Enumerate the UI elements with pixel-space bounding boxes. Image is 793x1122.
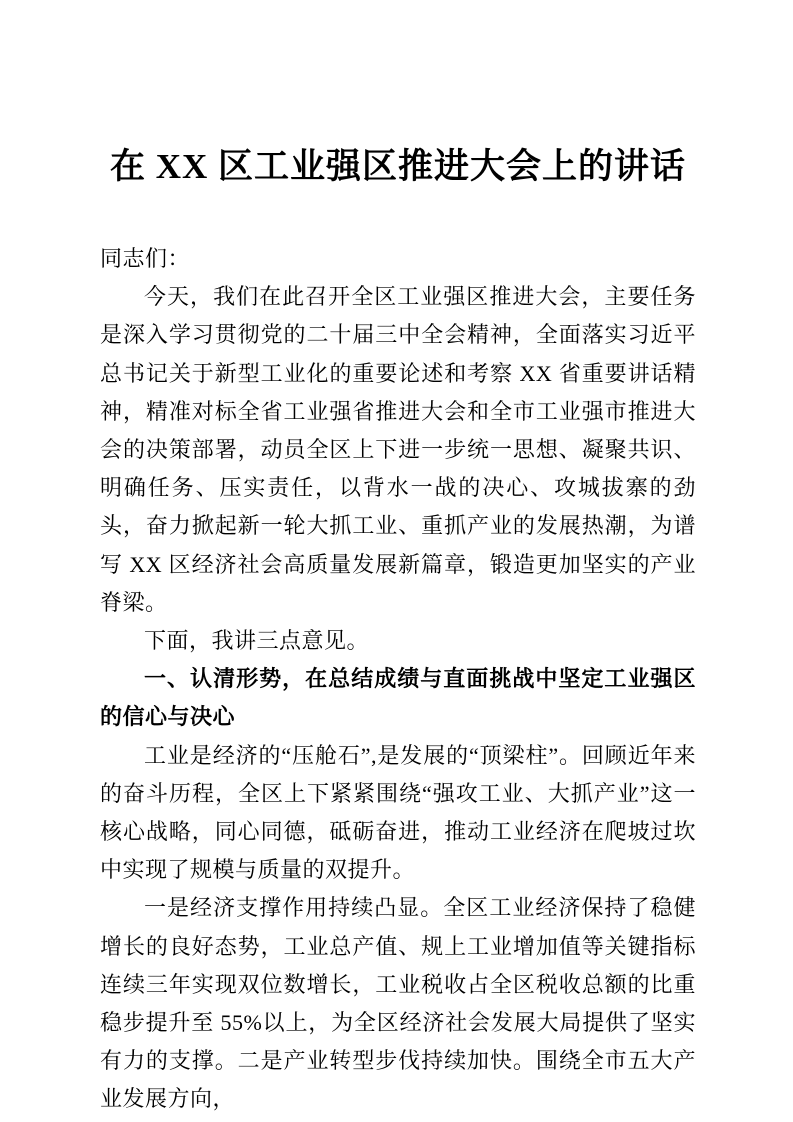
document-content: 在 XX 区工业强区推进大会上的讲话 同志们： 今天，我们在此召开全区工业强区推…	[100, 0, 696, 1119]
document-title: 在 XX 区工业强区推进大会上的讲话	[100, 0, 696, 192]
paragraph-achievements: 一是经济支撑作用持续凸显。全区工业经济保持了稳健增长的良好态势，工业总产值、规上…	[100, 889, 696, 1118]
section-heading-1: 一、认清形势，在总结成绩与直面挑战中坚定工业强区的信心与决心	[100, 660, 696, 736]
paragraph-opening: 今天，我们在此召开全区工业强区推进大会，主要任务是深入学习贯彻党的二十届三中全会…	[100, 278, 696, 622]
paragraph-transition: 下面，我讲三点意见。	[100, 622, 696, 660]
salutation-line: 同志们：	[100, 240, 696, 278]
document-page: 在 XX 区工业强区推进大会上的讲话 同志们： 今天，我们在此召开全区工业强区推…	[0, 0, 793, 1122]
paragraph-section1-intro: 工业是经济的“压舱石”,是发展的“顶梁柱”。回顾近年来的奋斗历程，全区上下紧紧围…	[100, 737, 696, 890]
